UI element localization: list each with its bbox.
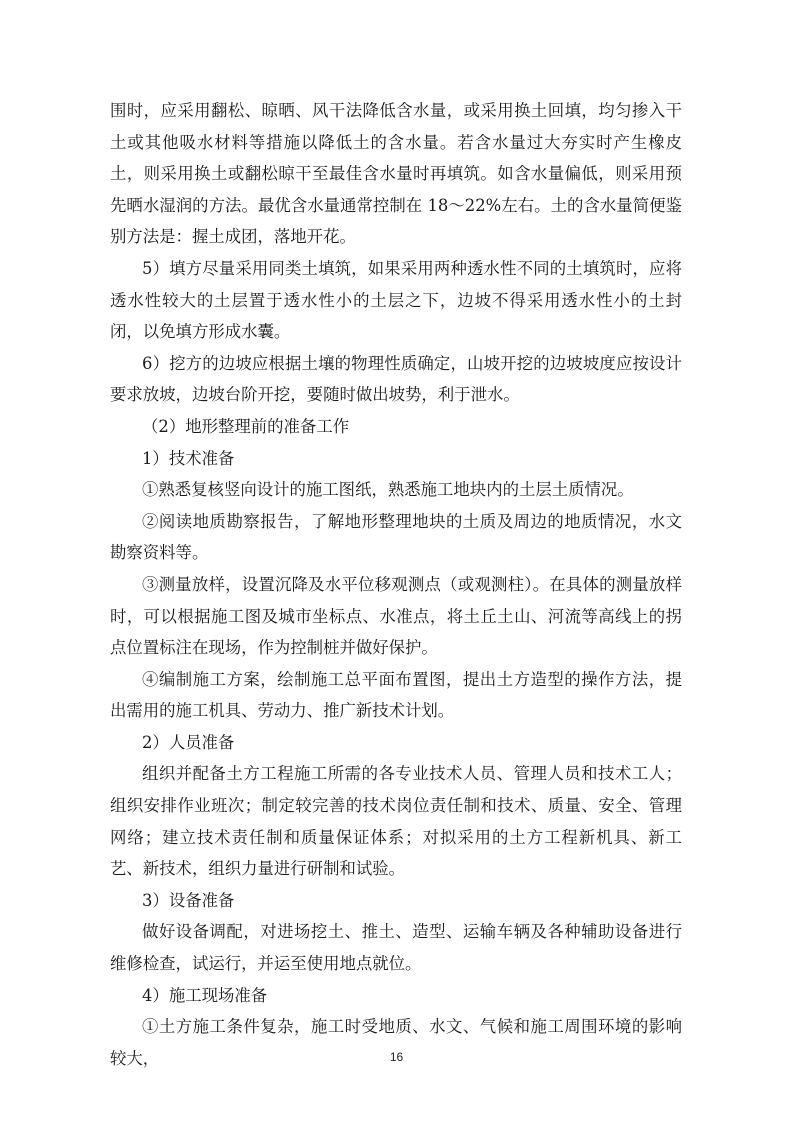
paragraph-tech-prep-2: ②阅读地质勘察报告，了解地形整理地块的土质及周边的地质情况，水文勘察资料等。	[110, 506, 682, 569]
paragraph-item-5-fill: 5）填方尽量采用同类土填筑，如果采用两种透水性不同的土填筑时，应将透水性较大的土…	[110, 253, 682, 348]
paragraph-tech-prep-3: ③测量放样，设置沉降及水平位移观测点（或观测柱）。在具体的测量放样时，可以根据施…	[110, 569, 682, 664]
paragraph-tech-prep-4: ④编制施工方案，绘制施工总平面布置图，提出土方造型的操作方法，提出需用的施工机具…	[110, 664, 682, 727]
page-number: 16	[0, 1050, 793, 1064]
document-body: 围时，应采用翻松、晾晒、风干法降低含水量，或采用换土回填，均匀掺入干土或其他吸水…	[110, 95, 682, 1074]
subheading-technical-preparation: 1）技术准备	[110, 443, 682, 475]
subheading-equipment-preparation: 3）设备准备	[110, 885, 682, 917]
paragraph-tech-prep-1: ①熟悉复核竖向设计的施工图纸，熟悉施工地块内的土层土质情况。	[110, 474, 682, 506]
paragraph-item-6-excavation-slope: 6）挖方的边坡应根据土壤的物理性质确定，山坡开挖的边坡坡度应按设计要求放坡，边坡…	[110, 348, 682, 411]
paragraph-personnel: 组织并配备土方工程施工所需的各专业技术人员、管理人员和技术工人；组织安排作业班次…	[110, 758, 682, 884]
subheading-site-preparation: 4）施工现场准备	[110, 980, 682, 1012]
subheading-personnel-preparation: 2）人员准备	[110, 727, 682, 759]
paragraph-equipment: 做好设备调配，对进场挖土、推土、造型、运输车辆及各种辅助设备进行维修检查，试运行…	[110, 916, 682, 979]
paragraph-moisture-control: 围时，应采用翻松、晾晒、风干法降低含水量，或采用换土回填，均匀掺入干土或其他吸水…	[110, 95, 682, 253]
paragraph-site-prep-1: ①土方施工条件复杂，施工时受地质、水文、气候和施工周围环境的影响较大，	[110, 1011, 682, 1074]
section-heading-preparation: （2）地形整理前的准备工作	[110, 411, 682, 443]
